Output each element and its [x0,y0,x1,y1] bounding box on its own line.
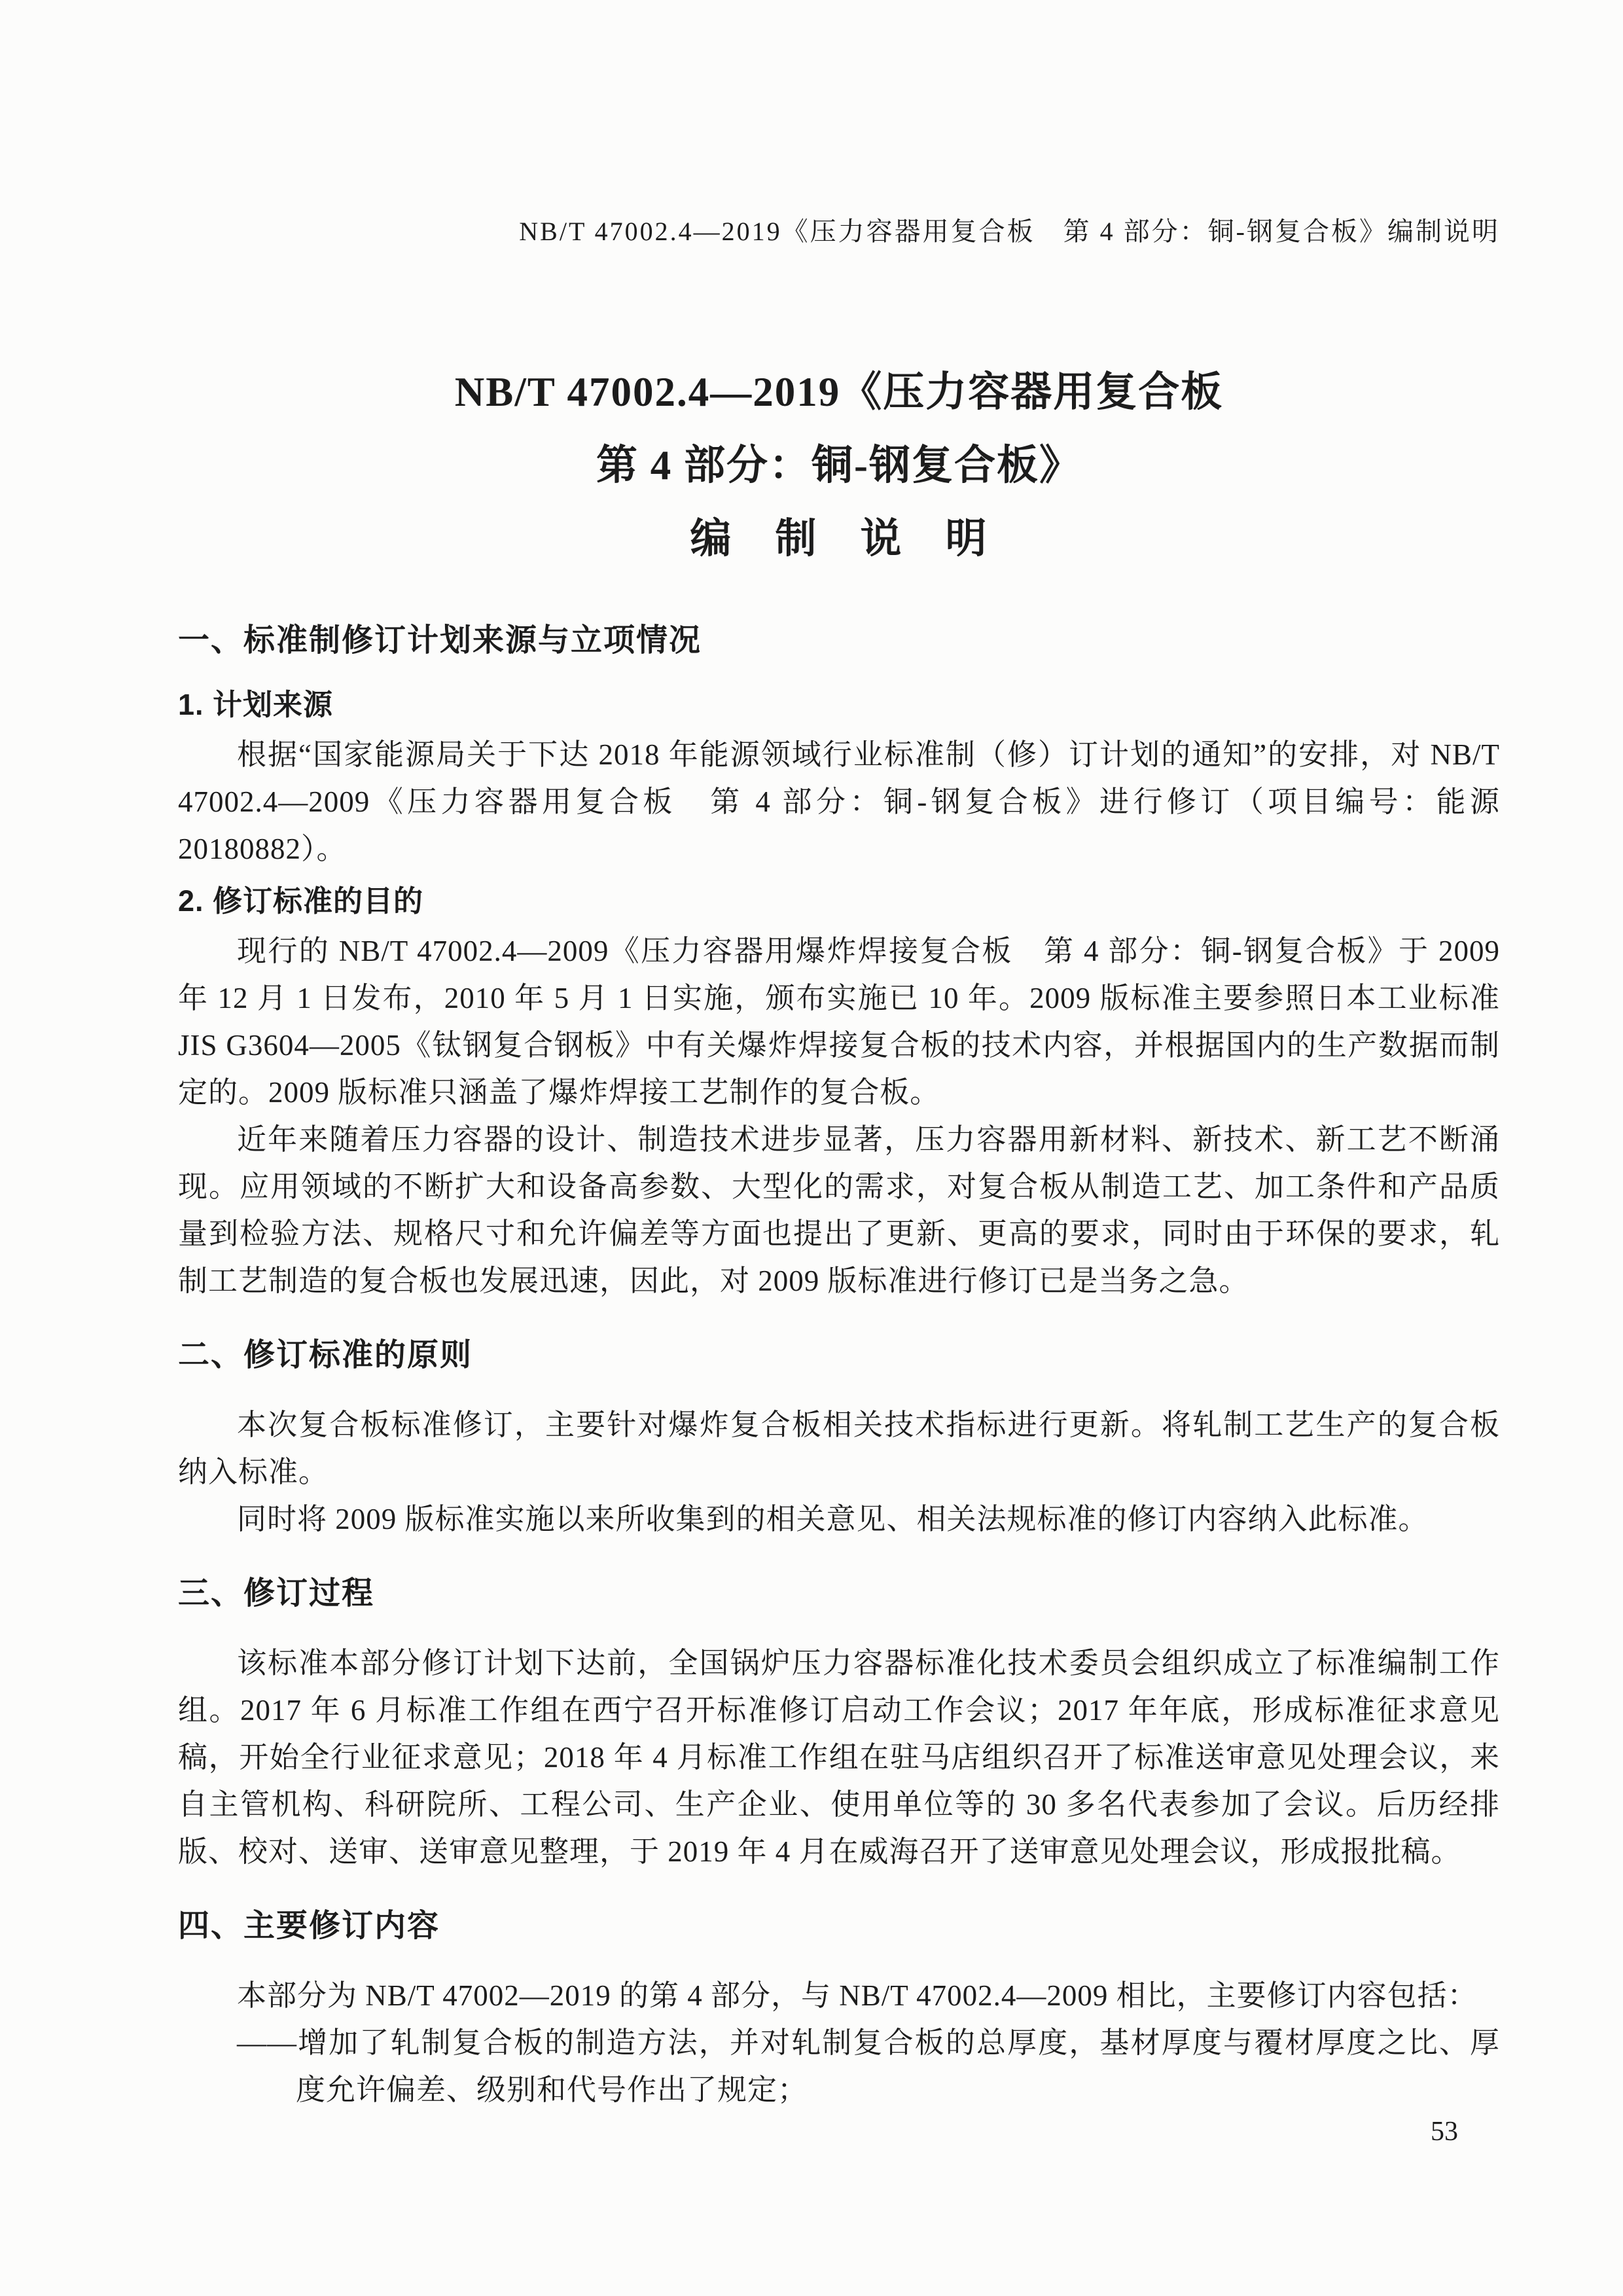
title-line-1: NB/T 47002.4—2019《压力容器用复合板 [178,355,1500,429]
section-heading-2: 二、修订标准的原则 [178,1336,1500,1375]
section-heading-4: 四、主要修订内容 [178,1907,1500,1946]
document-page: NB/T 47002.4—2019《压力容器用复合板 第 4 部分：铜-钢复合板… [0,0,1623,2296]
subsection-heading-1-1: 1. 计划来源 [178,687,1500,723]
paragraph-1-2: 现行的 NB/T 47002.4—2009《压力容器用爆炸焊接复合板 第 4 部… [178,927,1500,1116]
subsection-heading-1-2: 2. 修订标准的目的 [178,883,1500,920]
document-title: NB/T 47002.4—2019《压力容器用复合板 第 4 部分：铜-钢复合板… [178,355,1500,575]
running-header: NB/T 47002.4—2019《压力容器用复合板 第 4 部分：铜-钢复合板… [178,216,1500,247]
section-heading-3: 三、修订过程 [178,1574,1500,1613]
section-heading-1: 一、标准制修订计划来源与立项情况 [178,621,1500,660]
dash-list-item-4-1: ——增加了轧制复合板的制造方法，并对轧制复合板的总厚度，基材厚度与覆材厚度之比、… [178,2019,1500,2113]
paragraph-3-1: 该标准本部分修订计划下达前，全国锅炉压力容器标准化技术委员会组织成立了标准编制工… [178,1640,1500,1875]
title-line-3: 编 制 说 明 [178,502,1500,575]
text-column: NB/T 47002.4—2019《压力容器用复合板 第 4 部分：铜-钢复合板… [178,0,1500,2113]
page-number: 53 [1431,2115,1458,2148]
title-line-2: 第 4 部分：铜-钢复合板》 [178,429,1500,502]
paragraph-2-2: 同时将 2009 版标准实施以来所收集到的相关意见、相关法规标准的修订内容纳入此… [178,1496,1500,1543]
paragraph-1-1: 根据“国家能源局关于下达 2018 年能源领域行业标准制（修）订计划的通知”的安… [178,731,1500,872]
paragraph-4-1: 本部分为 NB/T 47002—2019 的第 4 部分，与 NB/T 4700… [178,1972,1500,2019]
paragraph-1-3: 近年来随着压力容器的设计、制造技术进步显著，压力容器用新材料、新技术、新工艺不断… [178,1116,1500,1304]
paragraph-2-1: 本次复合板标准修订，主要针对爆炸复合板相关技术指标进行更新。将轧制工艺生产的复合… [178,1401,1500,1496]
